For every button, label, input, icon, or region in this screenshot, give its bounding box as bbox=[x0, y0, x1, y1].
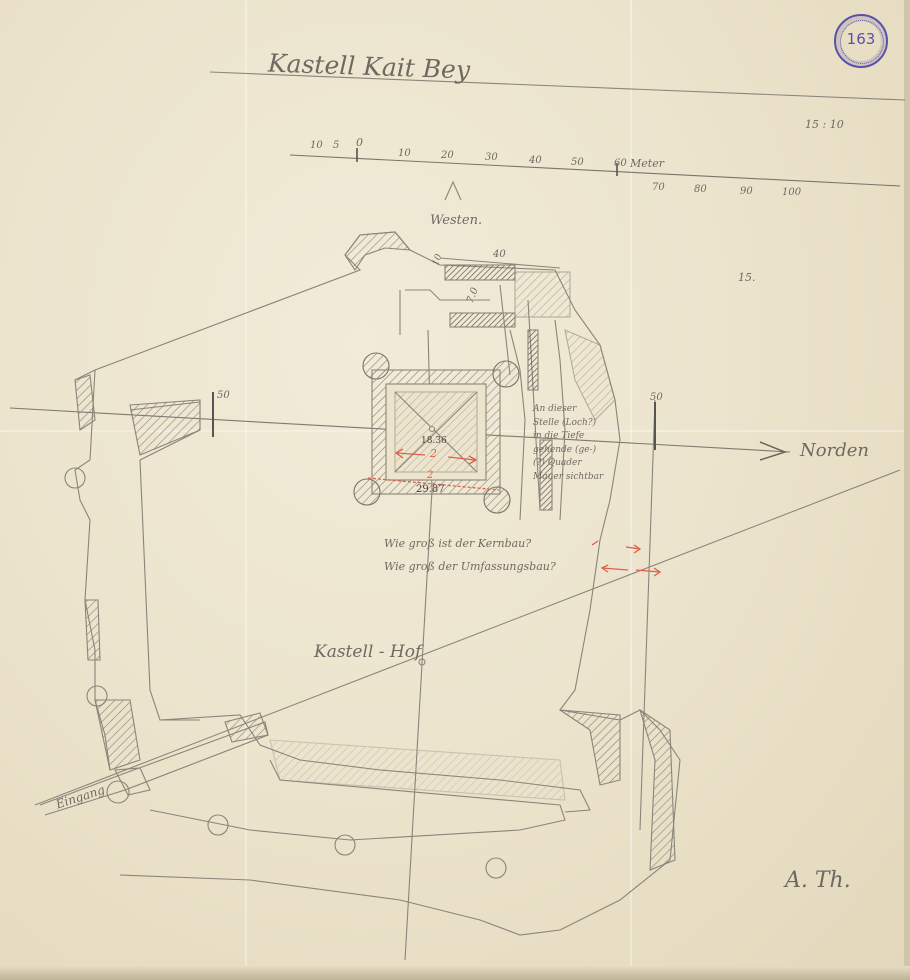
note-line: Stelle (Loch?) bbox=[533, 417, 603, 431]
archive-stamp: 163 bbox=[834, 14, 888, 68]
keep-inner-dimension: 18.36 bbox=[421, 436, 447, 446]
scale-tick-label: 50 bbox=[571, 157, 584, 168]
floor-plan-drawing bbox=[0, 0, 910, 980]
scale-tick-label: 80 bbox=[694, 184, 707, 195]
dimension-label: 40 bbox=[493, 249, 506, 260]
scale-tick-label: 90 bbox=[740, 186, 753, 197]
question-outer-size: Wie groß der Umfassungsbau? bbox=[384, 560, 556, 573]
courtyard-label: Kastell - Hof bbox=[314, 642, 421, 662]
question-core-size: Wie groß ist der Kernbau? bbox=[384, 537, 531, 550]
north-label: Norden bbox=[800, 440, 869, 461]
note-line: in die Tiefe bbox=[533, 430, 603, 444]
stamp-number: 163 bbox=[836, 30, 886, 48]
keep-outer-marker: 2 bbox=[427, 470, 433, 481]
west-label: Westen. bbox=[430, 213, 482, 228]
scale-tick-label: 70 bbox=[652, 182, 665, 193]
note-line: gehende (ge-) bbox=[533, 444, 603, 458]
note-line: (?) Quader bbox=[533, 457, 603, 471]
note-line: An dieser bbox=[533, 403, 603, 417]
scale-tick-label: 100 bbox=[782, 187, 801, 198]
scale-tick-label: 60 bbox=[614, 158, 627, 169]
scale-tick-label: 40 bbox=[529, 155, 542, 166]
corner-note: 15 : 10 bbox=[805, 118, 844, 131]
scale-tick-label: 5 bbox=[333, 140, 339, 151]
scale-tick-label: 0 bbox=[356, 136, 363, 149]
scale-tick-label: 10 bbox=[310, 140, 323, 151]
section-mark-label: 50 bbox=[217, 390, 230, 401]
keep-outer-dimension: 29.87 bbox=[416, 484, 445, 495]
wall-observation-note: An dieser Stelle (Loch?) in die Tiefe ge… bbox=[533, 403, 603, 484]
keep-inner-marker: 2 bbox=[430, 447, 437, 460]
side-note: 15. bbox=[738, 271, 756, 284]
scale-unit-label: Meter bbox=[630, 157, 664, 170]
scale-tick-label: 20 bbox=[441, 150, 454, 161]
scale-tick-label: 10 bbox=[398, 148, 411, 159]
note-line: Mauer sichtbar bbox=[533, 471, 603, 485]
signature: A. Th. bbox=[785, 868, 851, 893]
section-mark-label: 50 bbox=[650, 392, 663, 403]
scale-tick-label: 30 bbox=[485, 152, 498, 163]
